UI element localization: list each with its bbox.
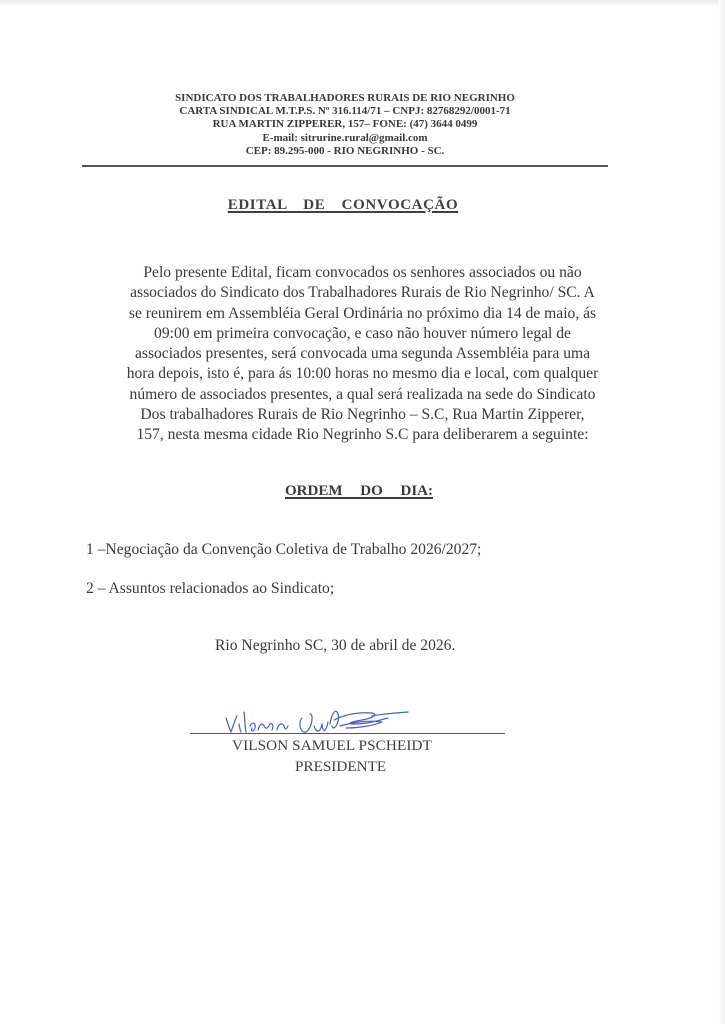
paragraph-line: Dos trabalhadores Rurais de Rio Negrinho… xyxy=(80,405,645,425)
scan-edge-right xyxy=(719,0,725,1024)
paragraph-line: associados presentes, será convocada uma… xyxy=(80,344,645,364)
agenda-heading: ORDEM DO DIA: xyxy=(0,483,718,500)
document-title: EDITAL DE CONVOCAÇÃO xyxy=(0,197,686,214)
signer-name: VILSON SAMUEL PSCHEIDT xyxy=(232,737,432,755)
agenda-item: 1 –Negociação da Convenção Coletiva de T… xyxy=(86,541,481,559)
paragraph-line: Pelo presente Edital, ficam convocados o… xyxy=(80,263,645,283)
paragraph-line: 157, nesta mesma cidade Rio Negrinho S.C… xyxy=(80,425,645,445)
header-divider xyxy=(82,165,608,167)
paragraph-line: associados do Sindicato dos Trabalhadore… xyxy=(80,283,645,303)
place-and-date: Rio Negrinho SC, 30 de abril de 2026. xyxy=(215,637,455,655)
letterhead-address-phone: RUA MARTIN ZIPPERER, 157– FONE: (47) 364… xyxy=(82,118,608,131)
letterhead-org-name: SINDICATO DOS TRABALHADORES RURAIS DE RI… xyxy=(82,92,608,105)
signature-line xyxy=(190,733,505,734)
paragraph-line: número de associados presentes, a qual s… xyxy=(80,385,645,405)
letterhead-email: E-mail: sitrurine.rural@gmail.com xyxy=(82,132,608,145)
letterhead: SINDICATO DOS TRABALHADORES RURAIS DE RI… xyxy=(82,92,608,158)
paragraph-line: 09:00 em primeira convocação, e caso não… xyxy=(80,324,645,344)
convocation-paragraph: Pelo presente Edital, ficam convocados o… xyxy=(80,263,645,446)
letterhead-registration: CARTA SINDICAL M.T.P.S. Nº 316.114/71 – … xyxy=(82,105,608,118)
letterhead-postal-code: CEP: 89.295-000 - RIO NEGRINHO - SC. xyxy=(82,145,608,158)
signer-role: PRESIDENTE xyxy=(295,758,386,776)
agenda-item: 2 – Assuntos relacionados ao Sindicato; xyxy=(86,580,334,598)
scan-edge-top xyxy=(0,0,725,6)
paragraph-line: hora depois, isto é, para ás 10:00 horas… xyxy=(80,364,645,384)
handwritten-signature-icon xyxy=(222,704,412,740)
paragraph-line: se reunirem em Assembléia Geral Ordinári… xyxy=(80,304,645,324)
document-page: SINDICATO DOS TRABALHADORES RURAIS DE RI… xyxy=(0,0,725,1024)
